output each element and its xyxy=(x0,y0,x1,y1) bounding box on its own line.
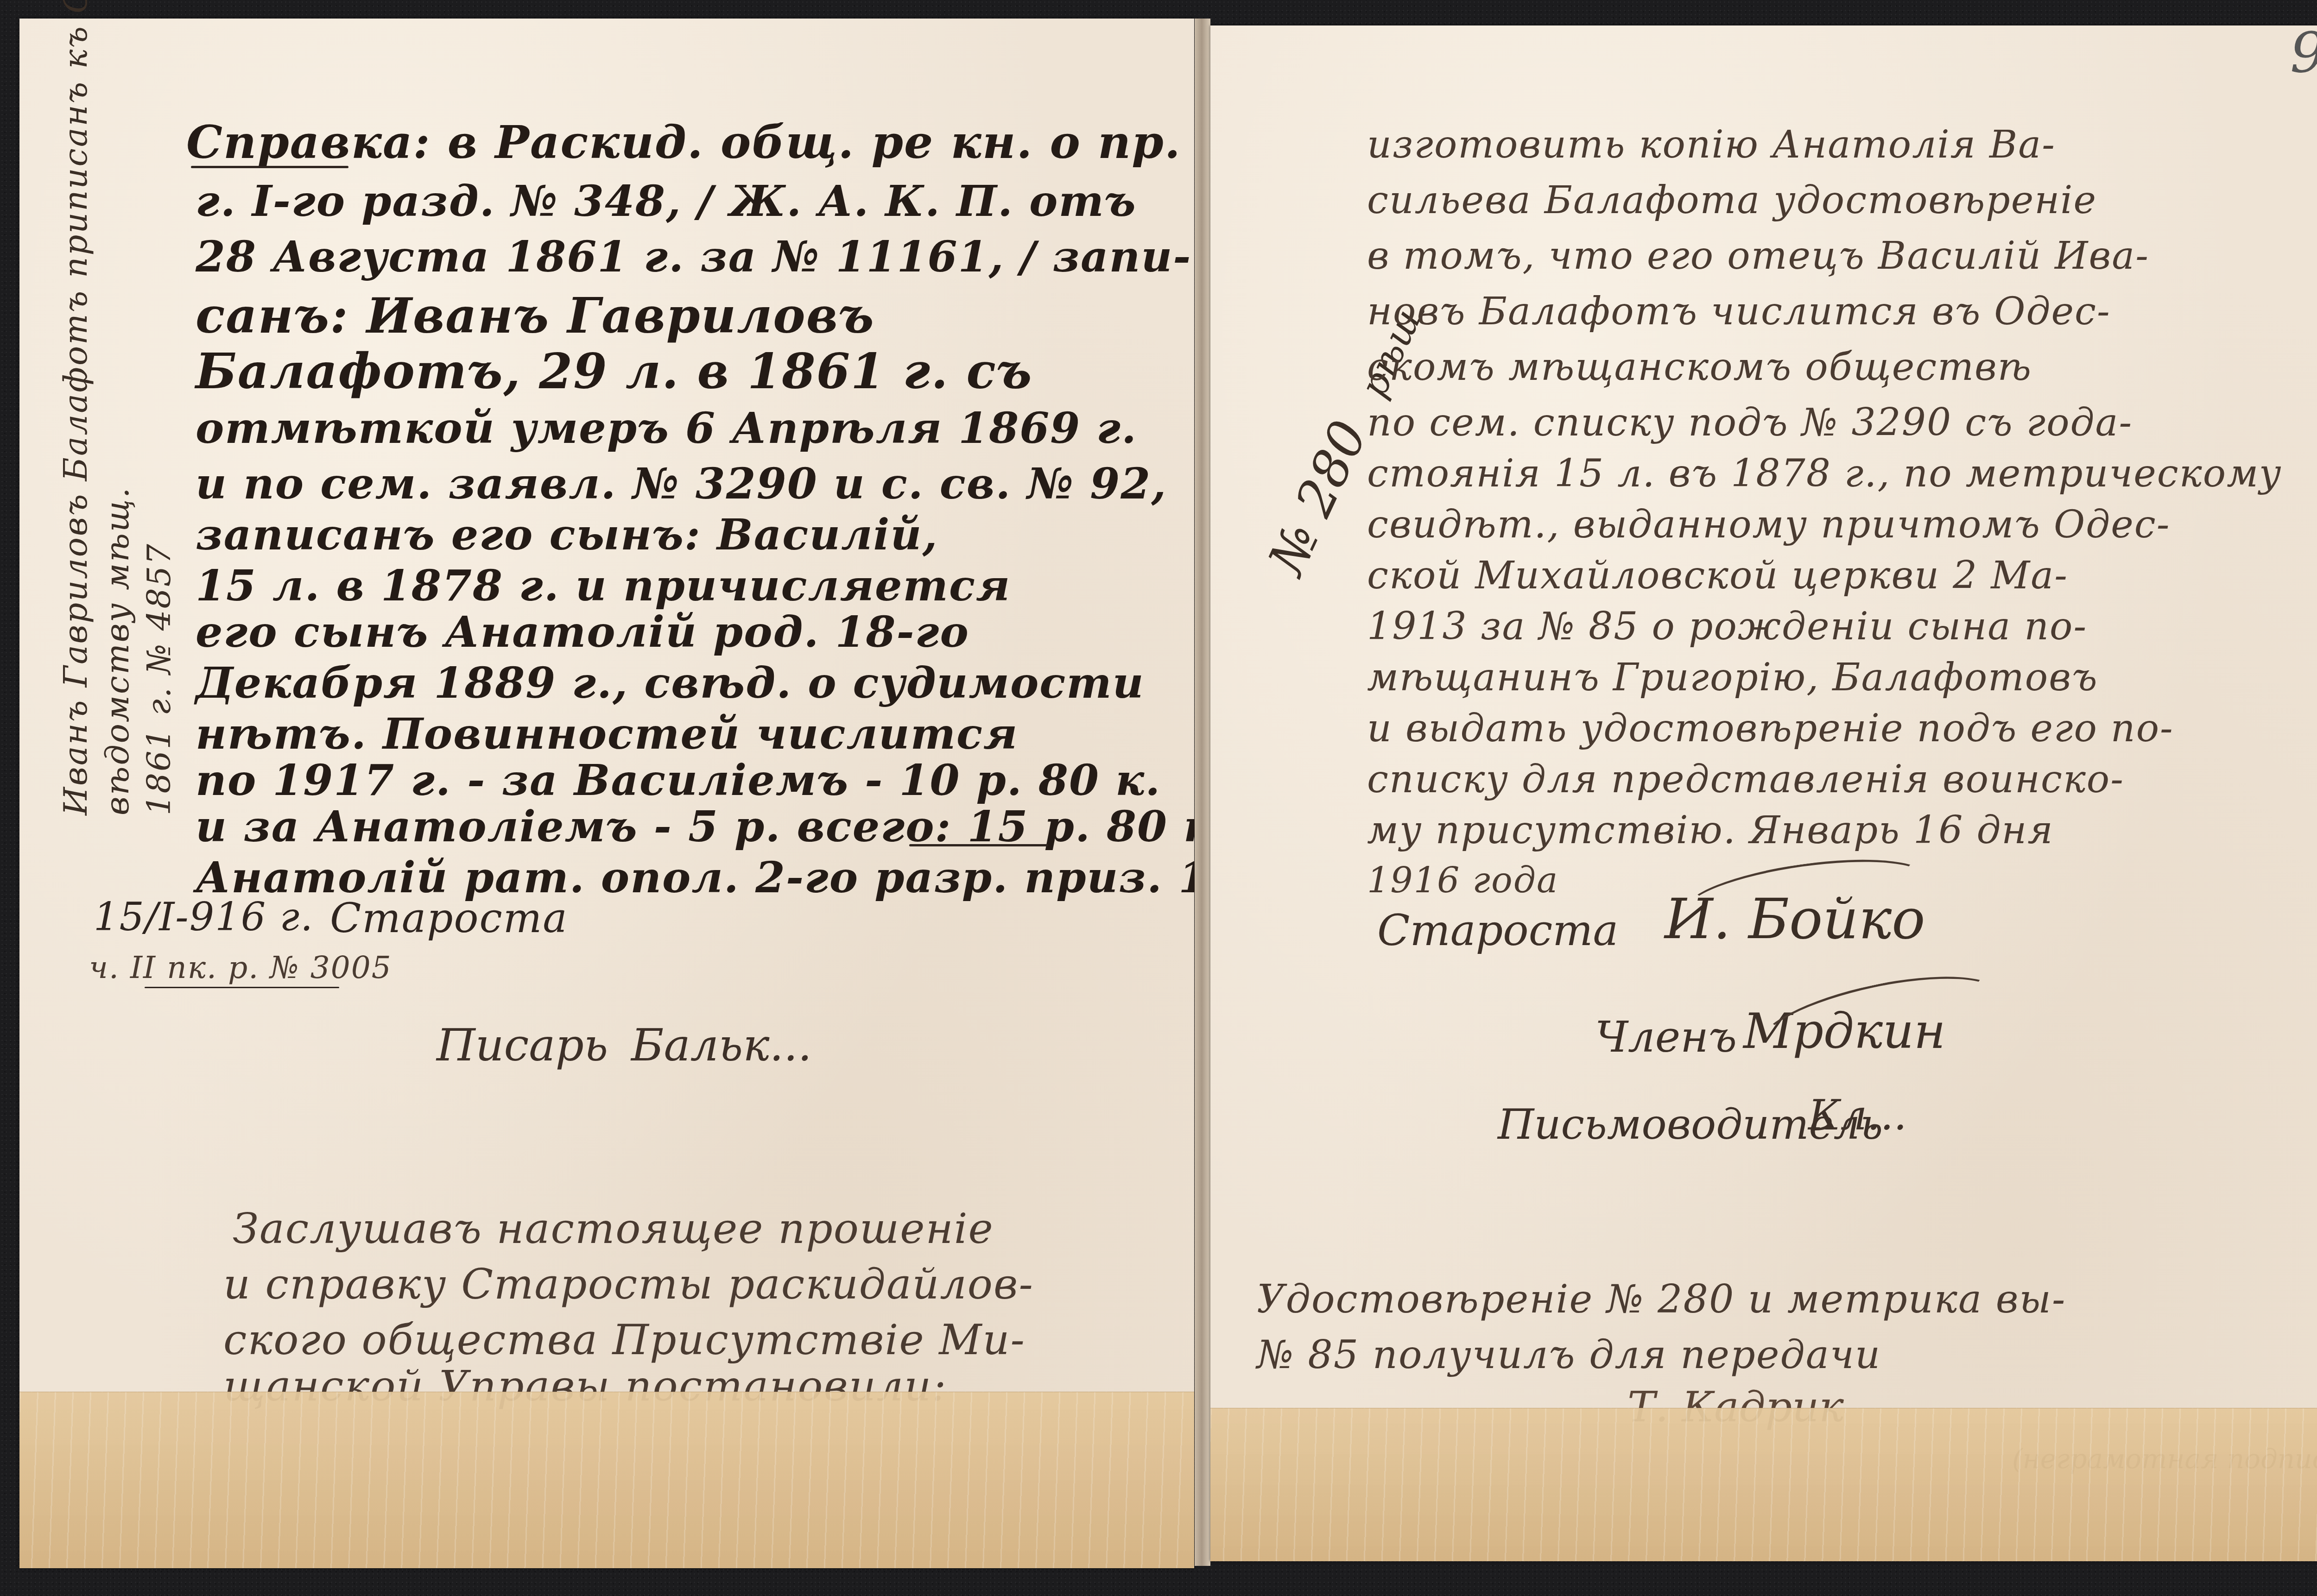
certificate-line: 15 л. в 1878 г. и причисляется xyxy=(196,561,1011,611)
certificate-line: Справка: в Раскид. общ. ре кн. о пр. xyxy=(186,116,1181,169)
resolution-line: и справку Старосты раскидайлов- xyxy=(223,1260,1034,1309)
resolution-line: ского общества Присутствіе Ми- xyxy=(223,1316,1026,1364)
document-page-left: Иванъ Гавриловъ Балафотъ приписанъ къ Од… xyxy=(19,19,1194,1568)
body-line: 1916 года xyxy=(1367,859,1558,901)
preservation-tape xyxy=(1210,1408,2317,1561)
reference-number: ч. II пк. р. № 3005 xyxy=(89,950,392,985)
document-page-right: 9 № 280 рѣш. изготовить копію Анатолія В… xyxy=(1210,25,2317,1561)
document-date: 15/I-916 г. xyxy=(94,894,314,940)
certificate-line: и за Анатоліемъ - 5 р. всего: 15 р. 80 к… xyxy=(196,801,1229,852)
margin-note-line: 1861 г. № 4857 xyxy=(140,0,178,815)
body-line: ской Михайловской церкви 2 Ма- xyxy=(1367,554,2068,598)
preservation-tape xyxy=(19,1392,1194,1568)
body-line: и выдать удостовѣреніе подъ его по- xyxy=(1367,707,2174,751)
body-line: сильева Балафота удостовѣреніе xyxy=(1367,178,2097,222)
certificate-line: записанъ его сынъ: Василій, xyxy=(196,510,938,560)
certificate-line: по 1917 г. - за Василіемъ - 10 р. 80 к. xyxy=(196,755,1161,805)
body-line: новъ Балафотъ числится въ Одес- xyxy=(1367,290,2111,334)
starosta-title: Староста xyxy=(330,894,568,942)
resolution-line: Заслушавъ настоящее прошеніе xyxy=(233,1205,994,1253)
center-fold xyxy=(1195,19,1210,1566)
ref-underline xyxy=(145,987,339,988)
body-line: мѣщанинъ Григорію, Балафотовъ xyxy=(1367,656,2098,700)
total-underline xyxy=(909,844,1048,846)
scribe-label: Писарь xyxy=(437,1019,608,1071)
registration-number: № 280 xyxy=(1257,412,1379,583)
signature-name: Кл... xyxy=(1808,1091,1907,1140)
body-line: стоянія 15 л. въ 1878 г., по метрическом… xyxy=(1367,452,2282,496)
body-line: му присутствію. Январь 16 дня xyxy=(1367,808,2054,852)
certificate-line: и по сем. заявл. № 3290 и с. св. № 92, xyxy=(196,459,1167,509)
certificate-line: г. I-го разд. № 348, / Ж. А. К. П. отъ xyxy=(196,176,1137,226)
signature-flourish xyxy=(1753,960,2007,1079)
footer-line: № 85 получилъ для передачи xyxy=(1257,1332,1881,1377)
margin-note-line: вѣдомству мѣщ. xyxy=(98,0,136,815)
certificate-line: 28 Августа 1861 г. за № 11161, / запи- xyxy=(196,232,1192,282)
certificate-line: отмѣткой умеръ 6 Апрѣля 1869 г. xyxy=(196,403,1137,453)
margin-note-line: Иванъ Гавриловъ Балафотъ приписанъ къ Од… xyxy=(57,0,95,815)
body-line: изготовить копію Анатолія Ва- xyxy=(1367,123,2056,167)
body-line: 1913 за № 85 о рожденіи сына по- xyxy=(1367,605,2087,649)
signature-role: Староста xyxy=(1377,906,1618,955)
body-line: скомъ мѣщанскомъ обществѣ xyxy=(1367,345,2032,389)
rotated-margin-note: Иванъ Гавриловъ Балафотъ приписанъ къ Од… xyxy=(57,0,178,815)
certificate-line: санъ: Иванъ Гавриловъ xyxy=(196,287,875,344)
page-number: 9 xyxy=(2290,21,2317,85)
body-line: списку для представленія воинско- xyxy=(1367,757,2124,801)
signature-role: Членъ xyxy=(1595,1012,1737,1062)
body-line: свидѣт., выданному причтомъ Одес- xyxy=(1367,503,2170,547)
certificate-line: Декабря 1889 г., свѣд. о судимости xyxy=(196,658,1145,708)
certificate-line: его сынъ Анатолій род. 18-го xyxy=(196,607,969,657)
certificate-line: Балафотъ, 29 л. в 1861 г. съ xyxy=(196,343,1032,400)
footer-line: Удостовѣреніе № 280 и метрика вы- xyxy=(1257,1276,2066,1322)
body-line: по сем. списку подъ № 3290 съ года- xyxy=(1367,401,2133,445)
scribe-name: Бальк... xyxy=(631,1019,812,1071)
body-line: в томъ, что его отецъ Василій Ива- xyxy=(1367,234,2149,278)
certificate-line: нѣтъ. Повинностей числится xyxy=(196,709,1018,759)
heading-underline xyxy=(191,166,348,168)
